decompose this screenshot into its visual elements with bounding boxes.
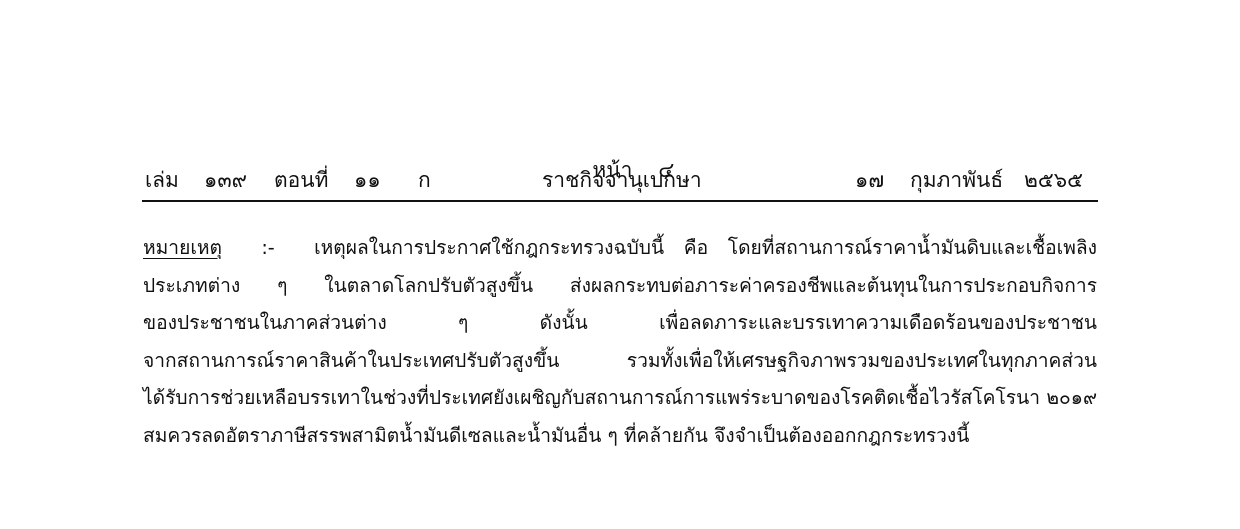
- section-letter: ก: [418, 165, 431, 195]
- publication-title: ราชกิจจานุเบกษา: [542, 165, 702, 195]
- note-line-5: ได้รับการช่วยเหลือบรรเทาในช่วงที่ประเทศย…: [143, 379, 1097, 417]
- section-number: ๑๑: [354, 165, 381, 195]
- date-year: ๒๕๖๕: [1024, 165, 1083, 195]
- date-month: กุมภาพันธ์: [910, 165, 1003, 195]
- section-label: ตอนที่: [274, 165, 328, 195]
- volume-label: เล่ม: [145, 165, 179, 195]
- date-day: ๑๗: [855, 165, 884, 195]
- note-line-4: จากสถานการณ์ราคาสินค้าในประเทศปรับตัวสูง…: [143, 342, 1097, 380]
- gazette-header: เล่ม ๑๓๙ ตอนที่ ๑๑ ก ราชกิจจานุเบกษา ๑๗ …: [142, 165, 1098, 195]
- note-line-text: เหตุผลในการประกาศใช้กฎกระทรวงฉบับนี้ คือ…: [314, 236, 1097, 259]
- note-line-1: หมายเหตุ :- เหตุผลในการประกาศใช้กฎกระทรว…: [143, 229, 1097, 267]
- volume-number: ๑๓๙: [204, 165, 247, 195]
- header-divider: [142, 200, 1098, 202]
- note-line-2: ประเภทต่าง ๆ ในตลาดโลกปรับตัวสูงขึ้น ส่ง…: [143, 267, 1097, 305]
- note-line-3: ของประชาชนในภาคส่วนต่าง ๆ ดังนั้น เพื่อล…: [143, 304, 1097, 342]
- note-label: หมายเหตุ: [143, 236, 222, 259]
- gazette-page: หน้า๔ เล่ม ๑๓๙ ตอนที่ ๑๑ ก ราชกิจจานุเบก…: [0, 0, 1240, 529]
- note-paragraph: หมายเหตุ :- เหตุผลในการประกาศใช้กฎกระทรว…: [143, 229, 1097, 455]
- note-separator: :-: [261, 236, 274, 259]
- note-line-6: สมควรลดอัตราภาษีสรรพสามิตน้ำมันดีเซลและน…: [143, 417, 1097, 455]
